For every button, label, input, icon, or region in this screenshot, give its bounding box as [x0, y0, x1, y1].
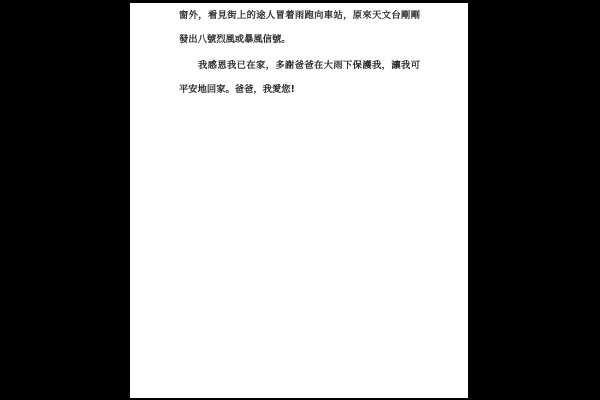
- paragraph: 我感恩我已在家，多謝爸爸在大雨下保護我，讓我可以平安地回家。爸爸，我愛您!: [179, 54, 420, 102]
- document-page: 窗外，看見街上的途人冒着雨跑向車站，原來天文台剛剛發出八號烈風或暴風信號。我感恩…: [130, 3, 468, 398]
- text-line: 我感恩我已在家，多謝爸爸在大雨下保護我，讓我可以: [179, 54, 420, 78]
- text-line: 平安地回家。爸爸，我愛您!: [179, 78, 420, 102]
- page-text: 窗外，看見街上的途人冒着雨跑向車站，原來天文台剛剛發出八號烈風或暴風信號。我感恩…: [130, 3, 468, 102]
- viewer-background: 窗外，看見街上的途人冒着雨跑向車站，原來天文台剛剛發出八號烈風或暴風信號。我感恩…: [0, 0, 600, 400]
- text-line: 發出八號烈風或暴風信號。: [179, 28, 420, 52]
- paragraph: 窗外，看見街上的途人冒着雨跑向車站，原來天文台剛剛發出八號烈風或暴風信號。: [179, 4, 420, 52]
- text-line: 窗外，看見街上的途人冒着雨跑向車站，原來天文台剛剛: [179, 4, 420, 28]
